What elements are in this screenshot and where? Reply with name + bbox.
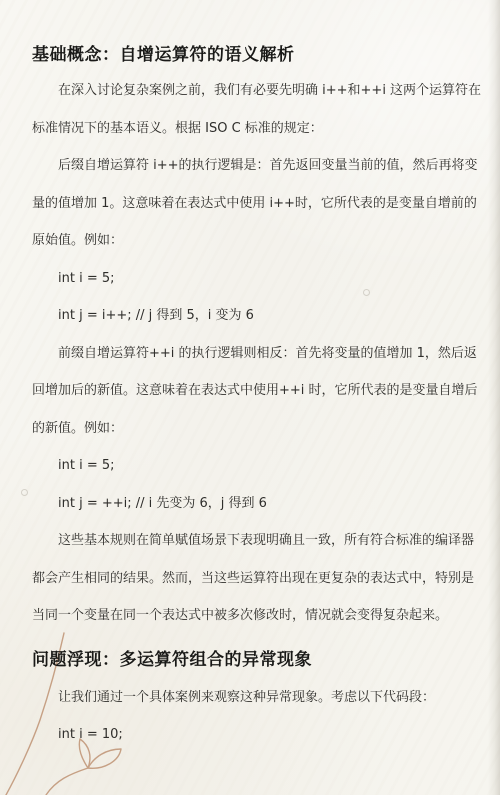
code-line: int j = i++; // j 得到 5，i 变为 6 — [32, 297, 474, 335]
article-body: 基础概念：自增运算符的语义解析在深入讨论复杂案例之前，我们有必要先明确 i++和… — [32, 38, 474, 754]
paper-texture-ring — [21, 489, 28, 496]
text-line: 前缀自增运算符++i 的执行逻辑则相反：首先将变量的值增加 1，然后返 — [32, 335, 474, 373]
text-line: 标准情况下的基本语义。根据 ISO C 标准的规定： — [32, 110, 474, 148]
section-heading: 问题浮现：多运算符组合的异常现象 — [32, 641, 474, 679]
text-line: 回增加后的新值。这意味着在表达式中使用++i 时，它所代表的是变量自增后 — [32, 372, 474, 410]
page-edge-shadow — [488, 0, 500, 795]
code-line: int i = 5; — [32, 447, 474, 485]
section-heading: 基础概念：自增运算符的语义解析 — [32, 38, 474, 72]
code-line: int j = ++i; // i 先变为 6，j 得到 6 — [32, 485, 474, 523]
text-line: 原始值。例如： — [32, 222, 474, 260]
text-line: 都会产生相同的结果。然而，当这些运算符出现在更复杂的表达式中，特别是 — [32, 560, 474, 598]
text-line: 让我们通过一个具体案例来观察这种异常现象。考虑以下代码段： — [32, 679, 474, 717]
text-line: 的新值。例如： — [32, 410, 474, 448]
text-line: 后缀自增运算符 i++的执行逻辑是：首先返回变量当前的值，然后再将变 — [32, 147, 474, 185]
text-line: 量的值增加 1。这意味着在表达式中使用 i++时，它所代表的是变量自增前的 — [32, 185, 474, 223]
code-line: int i = 10; — [32, 716, 474, 754]
text-line: 这些基本规则在简单赋值场景下表现明确且一致，所有符合标准的编译器 — [32, 522, 474, 560]
document-page: 基础概念：自增运算符的语义解析在深入讨论复杂案例之前，我们有必要先明确 i++和… — [0, 0, 500, 795]
text-line: 当同一个变量在同一个表达式中被多次修改时，情况就会变得复杂起来。 — [32, 597, 474, 635]
code-line: int i = 5; — [32, 260, 474, 298]
text-line: 在深入讨论复杂案例之前，我们有必要先明确 i++和++i 这两个运算符在 — [32, 72, 474, 110]
